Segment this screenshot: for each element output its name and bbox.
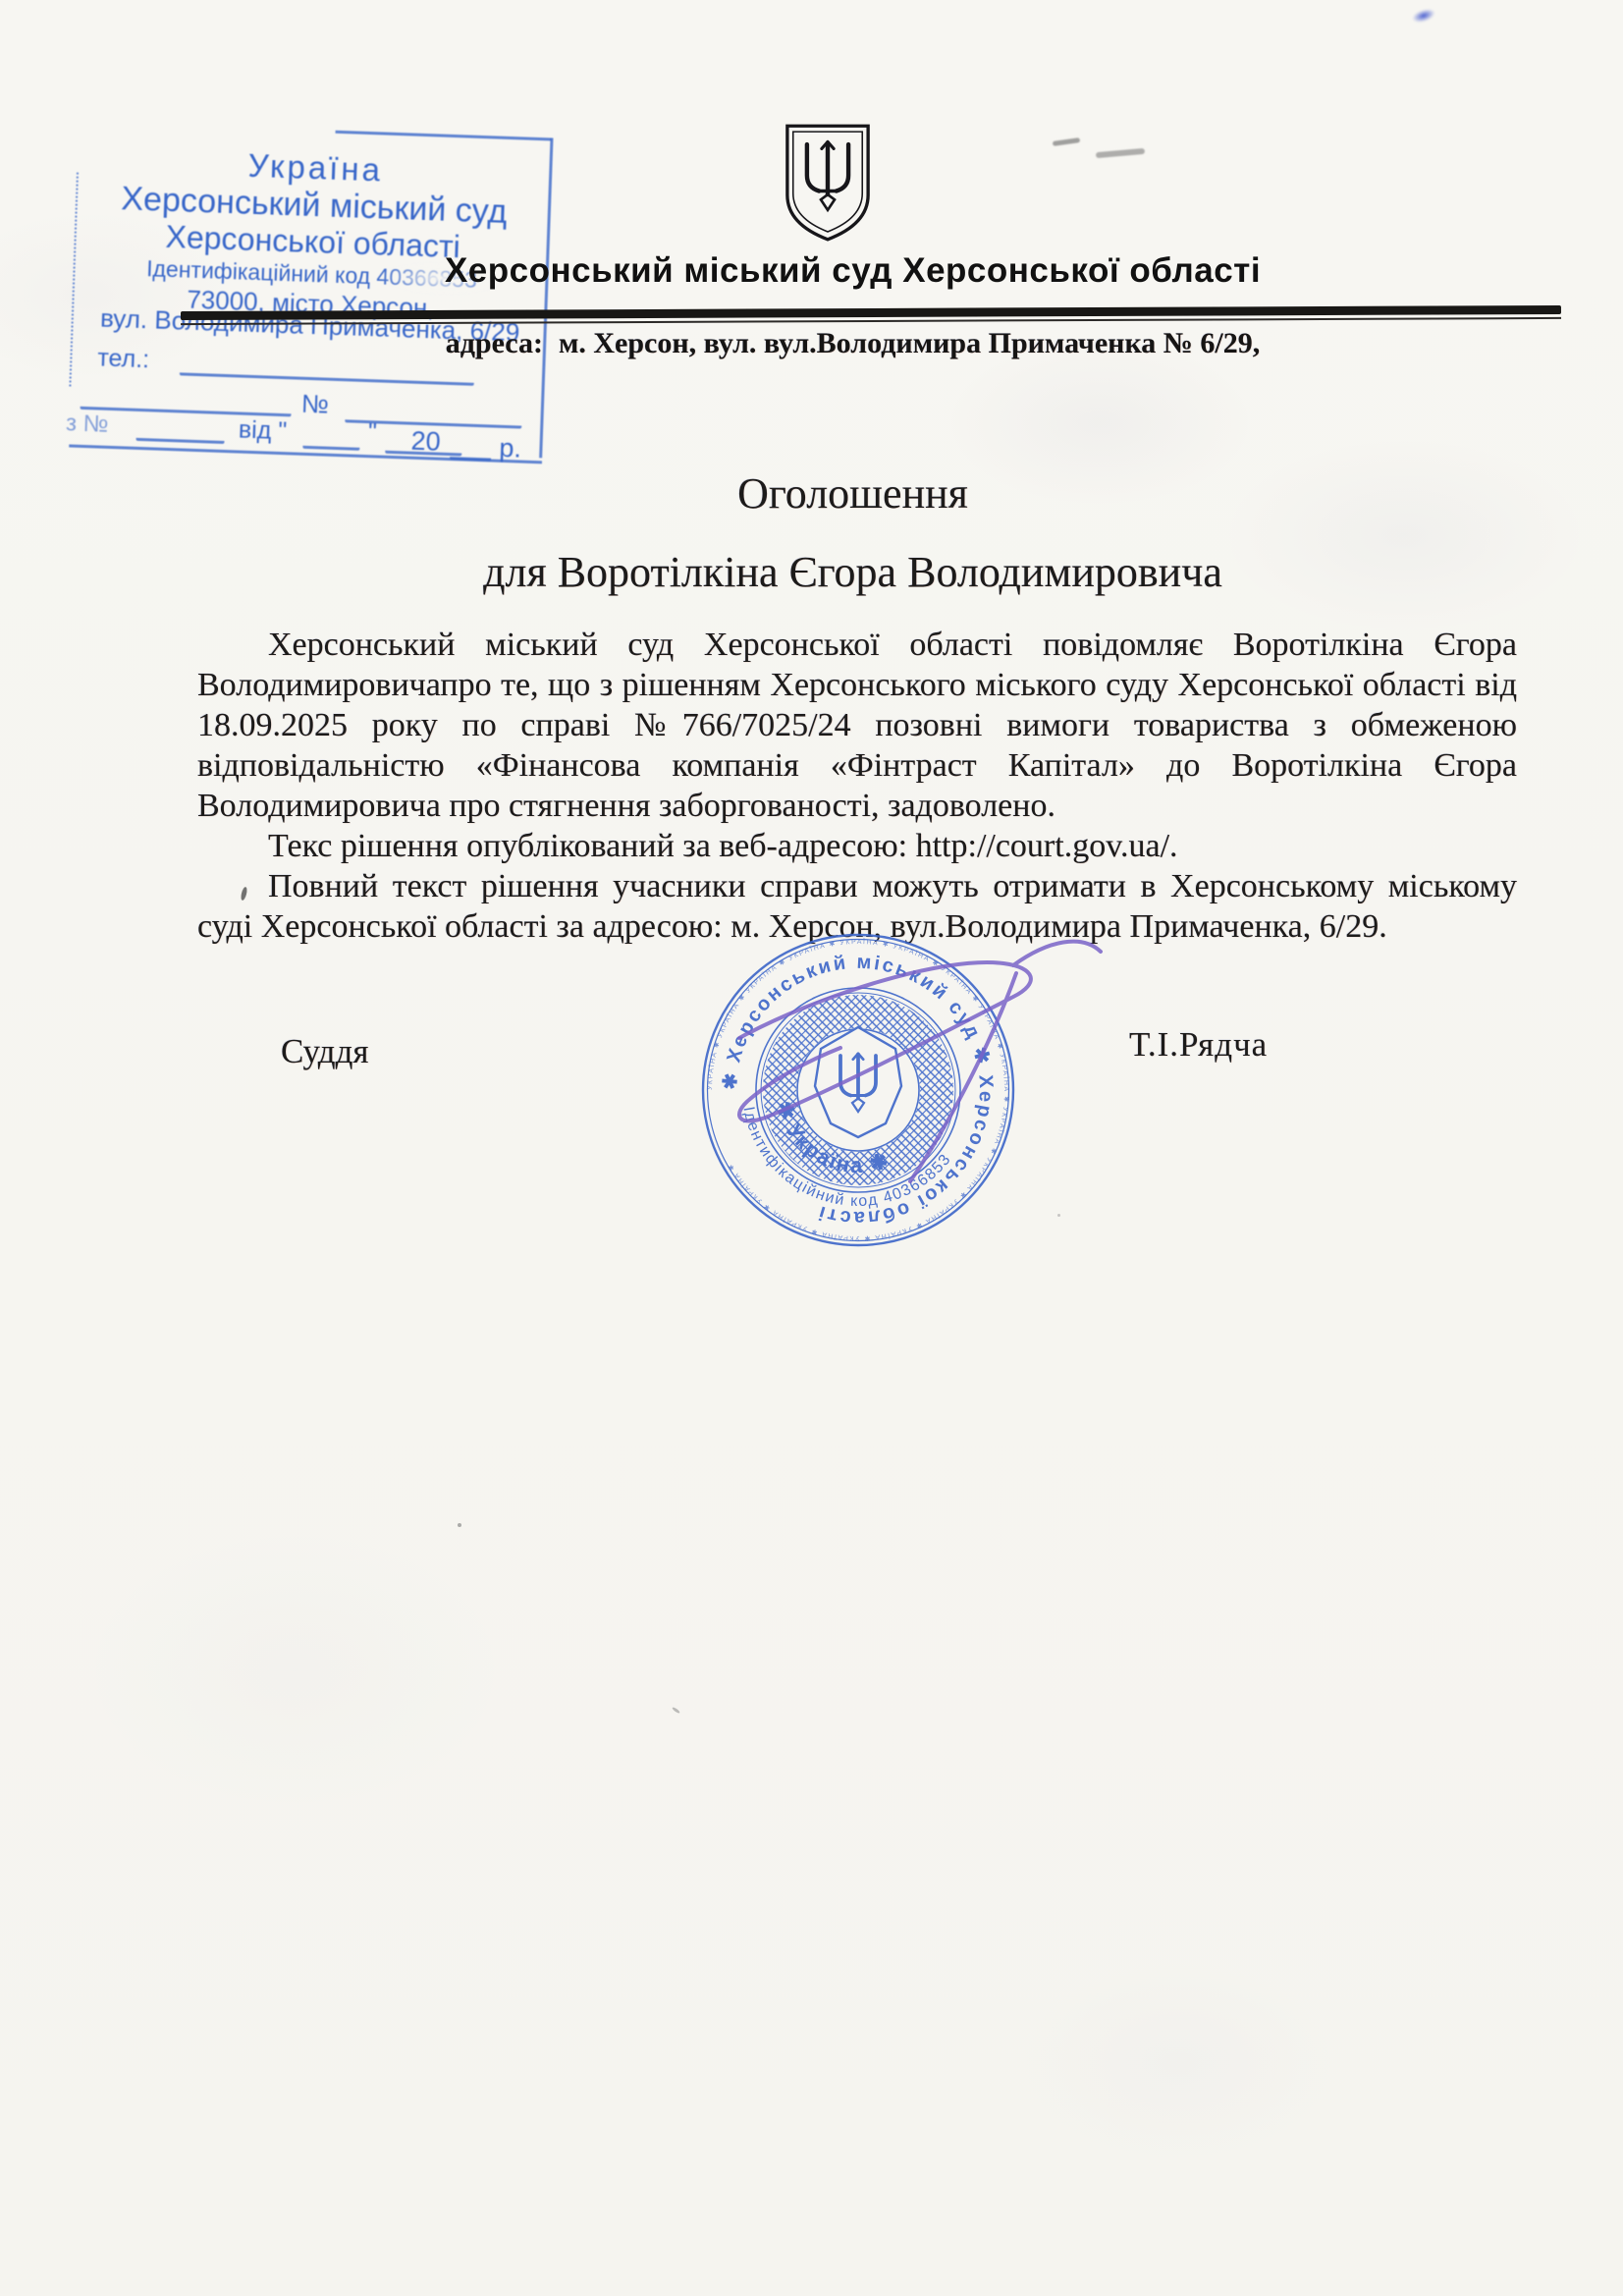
stamp-reg-prefix: з № bbox=[66, 410, 109, 438]
address-value: м. Херсон, вул. вул.Володимира Примаченк… bbox=[559, 327, 1260, 359]
stamp-reg-line2 bbox=[302, 422, 360, 451]
stamp-reg-line1 bbox=[135, 414, 225, 444]
stamp-reg-year-suffix: р. bbox=[499, 433, 522, 465]
stamp-number-line-left bbox=[81, 381, 293, 416]
paragraph-announcement: Херсонський міський суд Херсонської обла… bbox=[197, 625, 1517, 826]
stamp-number-label: № bbox=[300, 389, 329, 420]
document-title: Оголошення bbox=[82, 468, 1623, 519]
scan-speck-blue bbox=[1411, 7, 1437, 26]
stamp-reg-line4 bbox=[450, 433, 492, 461]
scan-dash-2 bbox=[1096, 148, 1145, 158]
signature-role-label: Суддя bbox=[281, 1032, 368, 1071]
address-label: адреса: bbox=[446, 327, 543, 359]
scan-speck-2 bbox=[458, 1523, 461, 1527]
paragraph-weblink: Текс рішення опублікований за веб-адресо… bbox=[197, 826, 1517, 866]
scan-dash-3 bbox=[672, 1707, 680, 1715]
scan-speck-3 bbox=[1057, 1214, 1060, 1217]
scanned-court-letter: { "corner_stamp": { "line_country": "Укр… bbox=[0, 0, 1623, 2296]
stamp-reg-year: 20 bbox=[410, 426, 441, 458]
scan-dash-1 bbox=[1053, 137, 1080, 146]
court-name-header: Херсонський міський суд Херсонської обла… bbox=[82, 251, 1623, 291]
stamp-border-top bbox=[336, 131, 552, 141]
court-address-line: адреса:м. Херсон, вул. вул.Володимира Пр… bbox=[82, 327, 1623, 360]
coat-of-arms-icon bbox=[782, 122, 874, 246]
signature-name: Т.І.Рядча bbox=[1129, 1025, 1268, 1065]
stamp-reg-from: від " bbox=[238, 416, 287, 447]
document-subtitle: для Воротілкіна Єгора Володимировича bbox=[82, 547, 1623, 597]
pen-signature bbox=[628, 889, 1139, 1311]
stamp-reg-quote: " bbox=[367, 418, 377, 447]
